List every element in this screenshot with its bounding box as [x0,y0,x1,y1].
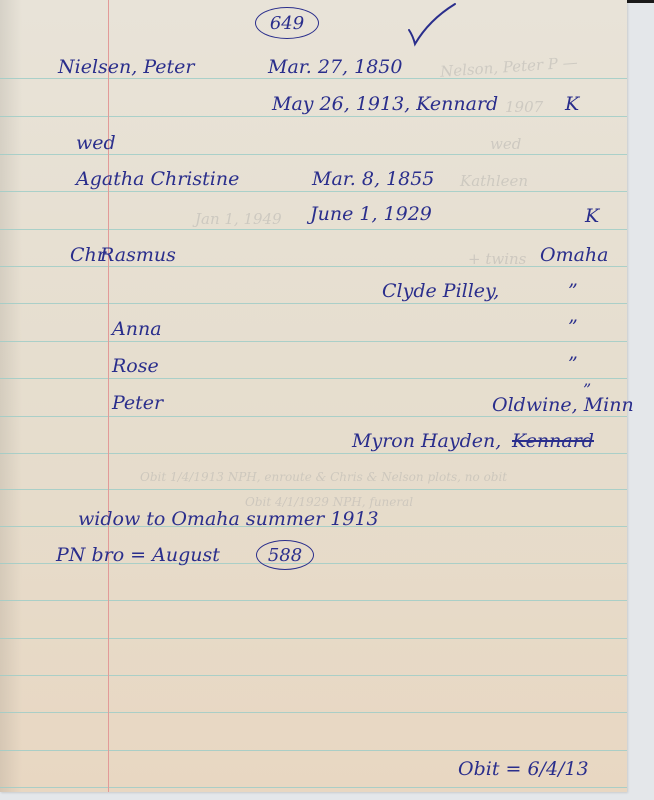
ruled-line [0,341,627,342]
note-brother: PN bro = August [56,546,220,565]
child-place: Omaha [540,246,609,265]
ruled-line [0,453,627,454]
ruled-line [0,489,627,490]
spouse-name: Agatha Christine [76,170,239,189]
note-widow: widow to Omaha summer 1913 [78,510,379,529]
spouse-death-mark: K [585,207,599,226]
checkmark-icon [405,2,457,47]
obit-note: Obit = 6/4/13 [458,760,589,779]
red-margin-line [108,0,109,792]
ruled-line [0,416,627,417]
spouse-death-date: June 1, 1929 [310,205,432,224]
child-place: Oldwine, Minn [492,396,634,415]
head-name: Nielsen, Peter [58,58,194,77]
child-name: Rose [112,357,159,376]
lined-paper-page: Nelson, Peter P — 1907 wed Kathleen Jan … [0,0,627,792]
ruled-line [0,750,627,751]
child-place-ditto: ” [568,282,578,301]
record-number-badge: 649 [255,7,319,39]
child-place-ditto: ” [568,355,578,374]
bleed-through-text: 1907 [505,98,543,116]
brother-ref-badge: 588 [256,540,314,570]
scanner-edge-bar [627,0,654,3]
ruled-line [0,78,627,79]
ruled-line [0,191,627,192]
wed-label: wed [76,134,116,153]
bleed-through-text: Kathleen [460,172,528,190]
ruled-line [0,712,627,713]
ruled-line [0,378,627,379]
ruled-line [0,303,627,304]
head-birth-date: Mar. 27, 1850 [268,58,402,77]
child-name: Peter [112,394,163,413]
ruled-line [0,154,627,155]
spouse-birth-date: Mar. 8, 1855 [312,170,434,189]
child-spouse: Clyde Pilley, [382,282,499,301]
record-number: 649 [270,13,304,34]
head-death-mark: K [565,95,579,114]
ruled-line [0,787,627,788]
ruled-line [0,675,627,676]
ruled-line [0,638,627,639]
child-place-struck: Kennard [512,432,594,451]
bleed-through-text: Jan 1, 1949 [195,210,282,228]
child-name: Anna [112,320,162,339]
brother-ref-number: 588 [268,545,302,566]
child-spouse: Myron Hayden, [352,432,501,451]
child-place-ditto: ” [568,318,578,337]
ruled-line [0,116,627,117]
head-death-date-place: May 26, 1913, Kennard [272,95,498,114]
ruled-line [0,229,627,230]
bleed-through-text: wed [490,135,521,153]
bleed-through-text: Obit 1/4/1913 NPH, enroute & Chris & Nel… [140,470,507,484]
ruled-line [0,600,627,601]
ruled-line [0,266,627,267]
child-name: Rasmus [100,246,176,265]
bleed-through-text: Obit 4/1/1929 NPH, funeral [245,495,413,509]
bleed-through-text: + twins [468,250,526,268]
bleed-through-text: Nelson, Peter P — [440,53,579,81]
